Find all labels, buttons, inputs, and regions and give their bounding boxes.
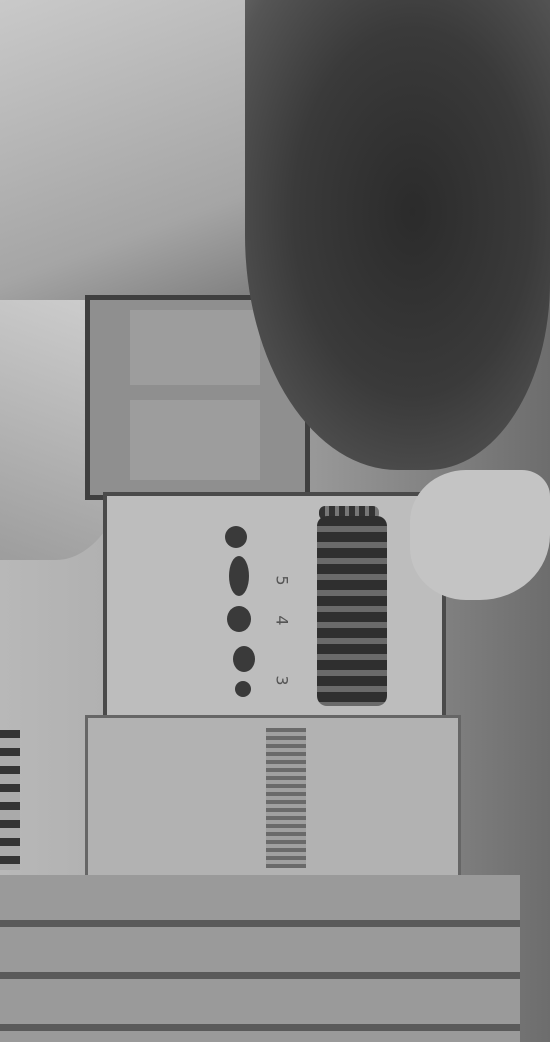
person-head <box>245 0 550 470</box>
desk-edge <box>0 875 520 1042</box>
fingerprint-card: 5 4 3 <box>103 492 446 722</box>
document-panel <box>130 400 260 480</box>
fingerprint <box>227 606 251 632</box>
lower-document <box>85 715 461 881</box>
fingerprint <box>229 556 249 596</box>
photograph: 5 4 3 <box>0 0 550 1042</box>
hand-print <box>317 516 387 706</box>
fingerprint <box>233 646 255 672</box>
fingerprint <box>235 681 251 697</box>
edge-marks <box>0 730 20 870</box>
document-panel <box>130 310 260 385</box>
card-number: 4 <box>273 615 292 625</box>
card-number: 5 <box>273 575 292 585</box>
card-number: 3 <box>273 675 292 685</box>
fingerprint <box>225 526 247 548</box>
document-text-strip <box>266 728 306 868</box>
right-hand <box>410 470 550 600</box>
